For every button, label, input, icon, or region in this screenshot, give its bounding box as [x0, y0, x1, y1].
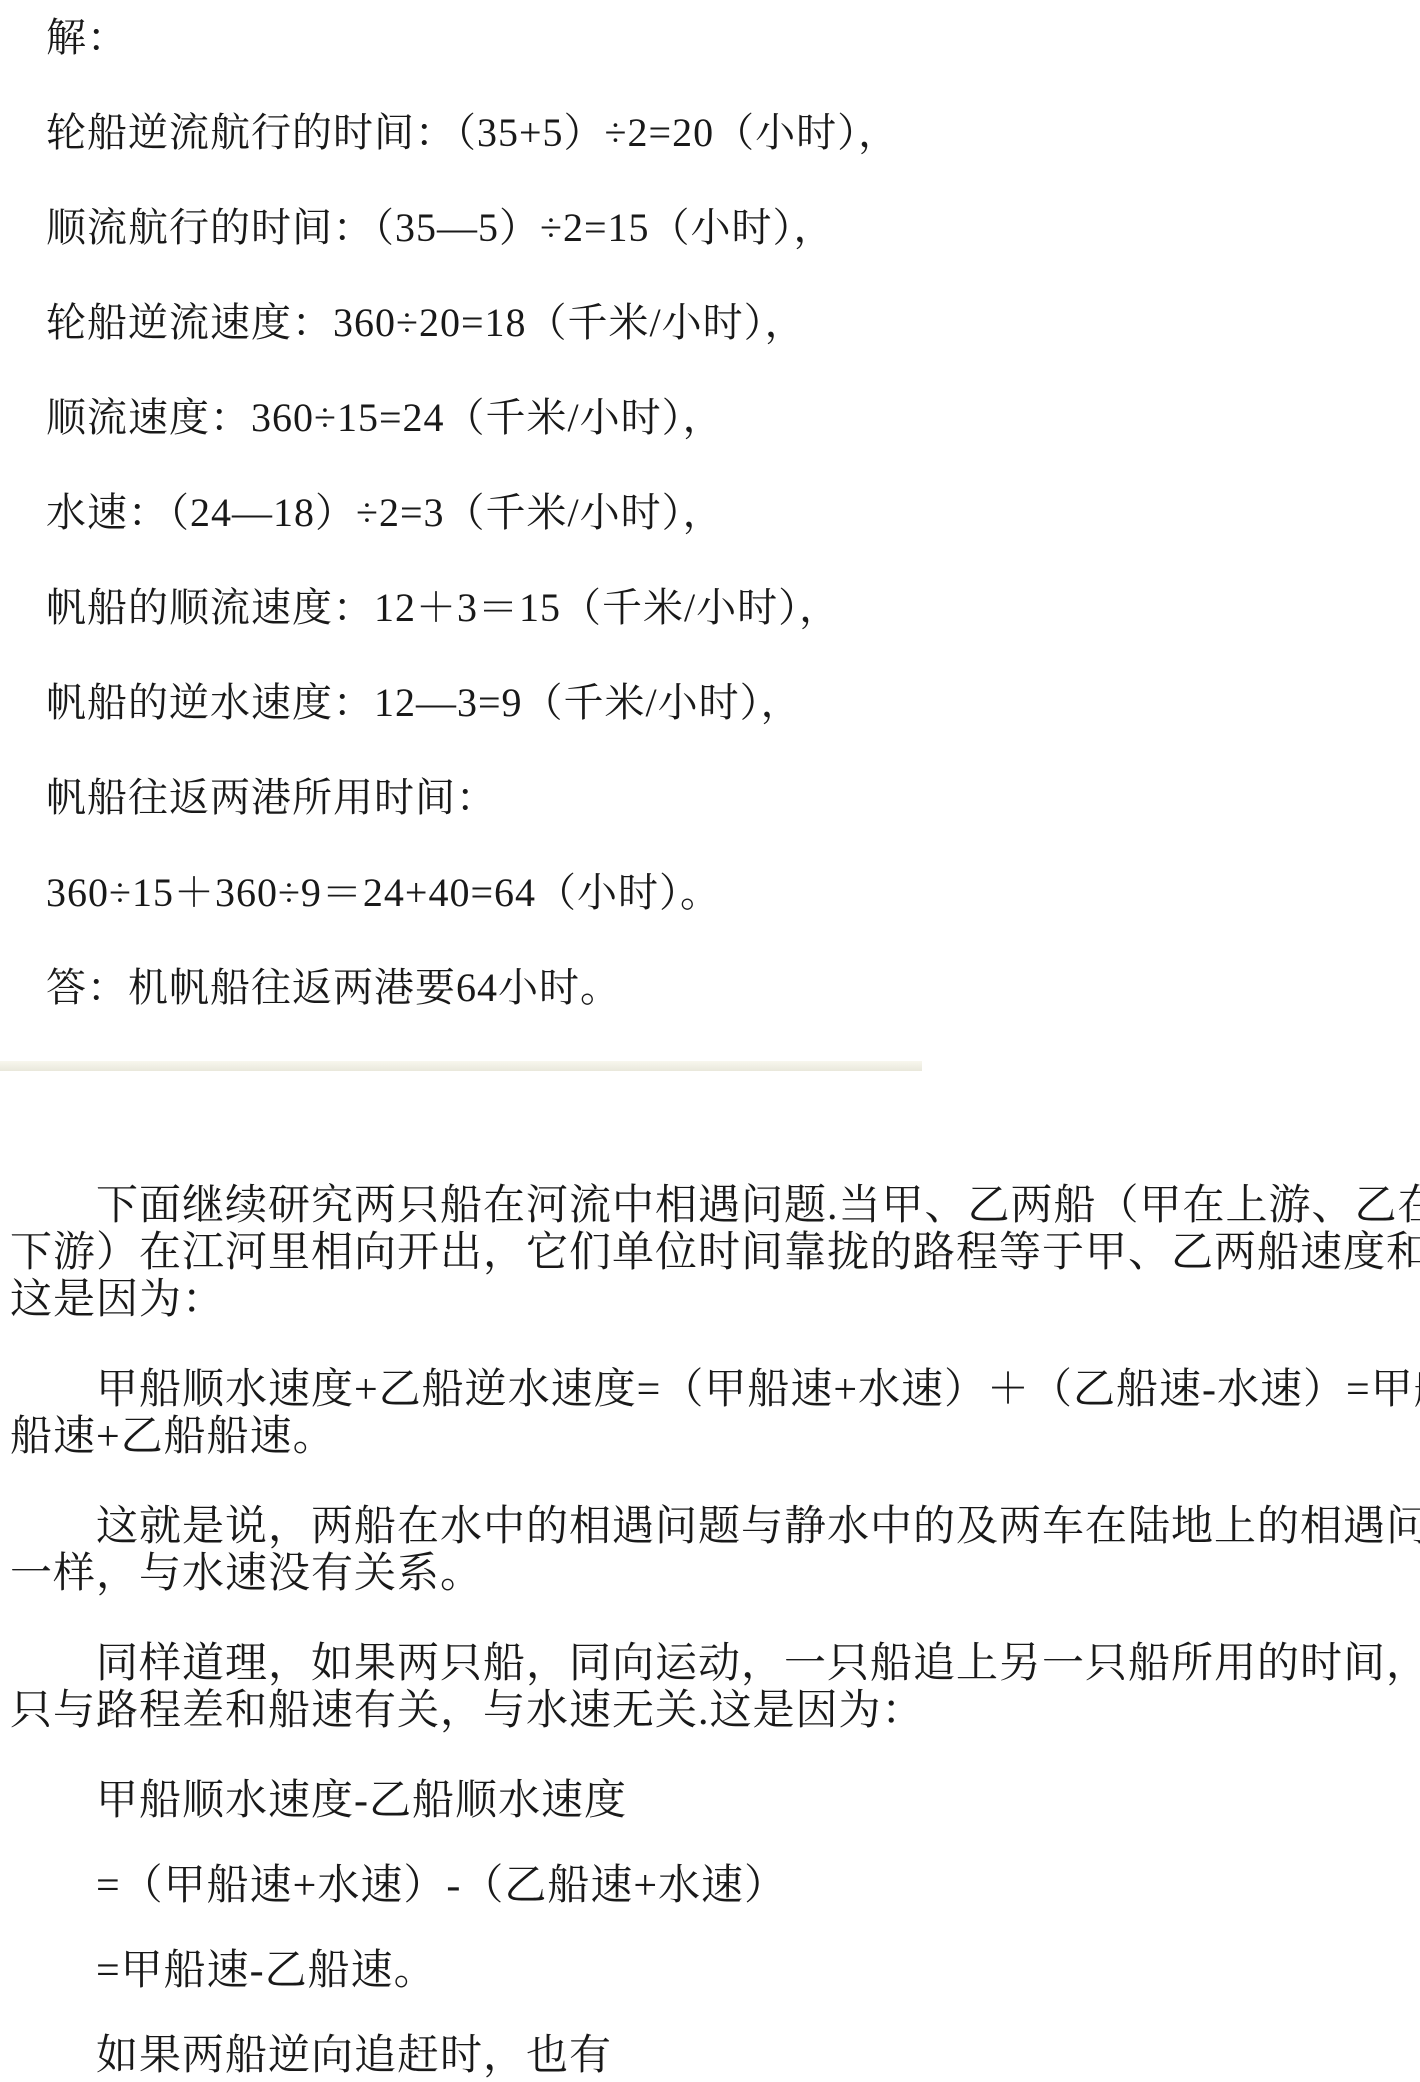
solution-answer-line: 答：机帆船往返两港要64小时。 — [46, 966, 1420, 1009]
solution-line: 顺流速度：360÷15=24（千米/小时）， — [46, 396, 1420, 439]
text-line: 下游）在江河里相向开出，它们单位时间靠拢的路程等于甲、乙两船速度和. — [10, 1230, 1420, 1277]
solution-line: 360÷15＋360÷9＝24+40=64（小时）。 — [46, 871, 1420, 914]
text-line: =甲船速-乙船速。 — [10, 1948, 1420, 1995]
paragraph: 同样道理，如果两只船，同向运动，一只船追上另一只船所用的时间，也 只与路程差和船… — [10, 1641, 1420, 1735]
solution-line: 轮船逆流航行的时间：（35+5）÷2=20（小时）， — [46, 111, 1420, 154]
discussion-section: 下面继续研究两只船在河流中相遇问题.当甲、乙两船（甲在上游、乙在 下游）在江河里… — [0, 1183, 1420, 2080]
solution-line: 轮船逆流速度：360÷20=18（千米/小时）， — [46, 301, 1420, 344]
text-line: 如果两船逆向追赶时，也有 — [10, 2033, 1420, 2080]
formula-line: 甲船顺水速度-乙船顺水速度 — [10, 1778, 1420, 1825]
paragraph: 下面继续研究两只船在河流中相遇问题.当甲、乙两船（甲在上游、乙在 下游）在江河里… — [10, 1183, 1420, 1324]
solution-heading: 解： — [46, 16, 1420, 59]
solution-line: 帆船往返两港所用时间： — [46, 776, 1420, 819]
document: 解： 轮船逆流航行的时间：（35+5）÷2=20（小时）， 顺流航行的时间：（3… — [0, 0, 1420, 2082]
text-line: 下面继续研究两只船在河流中相遇问题.当甲、乙两船（甲在上游、乙在 — [10, 1183, 1420, 1230]
text-line: 只与路程差和船速有关，与水速无关.这是因为： — [10, 1688, 1420, 1735]
formula-line: =甲船速-乙船速。 — [10, 1948, 1420, 1995]
text-line: 这就是说，两船在水中的相遇问题与静水中的及两车在陆地上的相遇问题 — [10, 1504, 1420, 1551]
text-line: 甲船顺水速度-乙船顺水速度 — [10, 1778, 1420, 1825]
text-line: =（甲船速+水速）-（乙船速+水速） — [10, 1863, 1420, 1910]
formula-line: 如果两船逆向追赶时，也有 — [10, 2033, 1420, 2080]
text-line: 这是因为： — [10, 1277, 1420, 1324]
solution-line: 帆船的顺流速度：12＋3＝15（千米/小时）， — [46, 586, 1420, 629]
paragraph: 这就是说，两船在水中的相遇问题与静水中的及两车在陆地上的相遇问题 一样，与水速没… — [10, 1504, 1420, 1598]
text-line: 同样道理，如果两只船，同向运动，一只船追上另一只船所用的时间，也 — [10, 1641, 1420, 1688]
solution-line: 水速：（24—18）÷2=3（千米/小时）， — [46, 491, 1420, 534]
solution-line: 顺流航行的时间：（35—5）÷2=15（小时）， — [46, 206, 1420, 249]
solution-line: 帆船的逆水速度：12—3=9（千米/小时）， — [46, 681, 1420, 724]
text-line: 船速+乙船船速。 — [10, 1414, 1420, 1461]
formula-line: =（甲船速+水速）-（乙船速+水速） — [10, 1863, 1420, 1910]
paragraph: 甲船顺水速度+乙船逆水速度=（甲船速+水速）＋（乙船速-水速）=甲船 船速+乙船… — [10, 1367, 1420, 1461]
text-line: 一样，与水速没有关系。 — [10, 1551, 1420, 1598]
solution-section: 解： 轮船逆流航行的时间：（35+5）÷2=20（小时）， 顺流航行的时间：（3… — [0, 0, 1420, 1009]
text-line: 甲船顺水速度+乙船逆水速度=（甲船速+水速）＋（乙船速-水速）=甲船 — [10, 1367, 1420, 1414]
section-divider — [0, 1061, 922, 1071]
